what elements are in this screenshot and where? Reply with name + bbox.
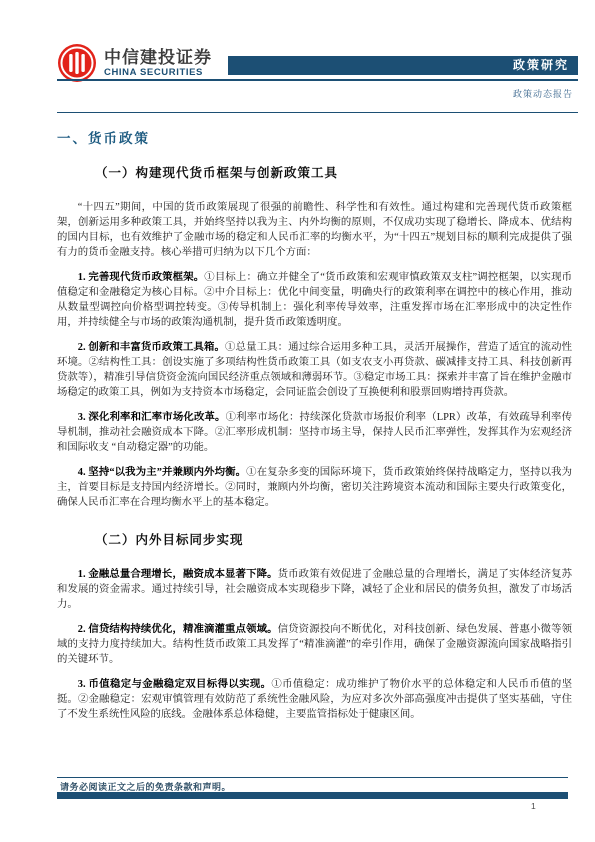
intro-text: “十四五”期间，中国的货币政策展现了很强的前瞻性、科学性和有效性。通过构建和完善… — [57, 202, 572, 258]
section-1-point-4: 4. 坚持“以我为主”并兼顾内外均衡。①在复杂多变的国际环境下，货币政策始终保持… — [57, 465, 572, 510]
point-lead: 3. 深化利率和汇率市场化改革。 — [78, 412, 226, 423]
report-body: 一、货币政策 （一）构建现代货币框架与创新政策工具 “十四五”期间，中国的货币政… — [57, 129, 572, 732]
chapter-title: 一、货币政策 — [57, 129, 572, 148]
point-lead: 3. 币值稳定与金融稳定双目标得以实现。 — [78, 679, 272, 690]
footer-rule — [57, 777, 568, 778]
section-1-point-1: 1. 完善现代货币政策框架。①目标上：确立并健全了“货币政策和宏观审慎政策双支柱… — [57, 270, 572, 330]
report-type-label: 政策动态报告 — [513, 87, 573, 100]
section-2-point-1: 1. 金融总量合理增长，融资成本显著下降。货币政策有效促进了金融总量的合理增长，… — [57, 567, 572, 612]
section-1-point-2: 2. 创新和丰富货币政策工具箱。①总量工具：通过综合运用多种工具，灵活开展操作，… — [57, 340, 572, 400]
company-logo: 中信建投证券 CHINA SECURITIES — [57, 43, 212, 83]
logo-cn-text: 中信建投证券 — [104, 48, 212, 67]
section-2-heading: （二）内外目标同步实现 — [57, 532, 572, 549]
section-2-point-2: 2. 信贷结构持续优化，精准滴灌重点领域。信贷资源投向不断优化，对科技创新、绿色… — [57, 622, 572, 667]
point-lead: 2. 创新和丰富货币政策工具箱。 — [78, 342, 225, 353]
page-number: 1 — [531, 801, 536, 811]
point-lead: 2. 信贷结构持续优化，精准滴灌重点领域。 — [78, 624, 278, 635]
header-rule-top — [57, 79, 578, 81]
point-lead: 1. 金融总量合理增长，融资成本显著下降。 — [78, 569, 278, 580]
point-lead: 1. 完善现代货币政策框架。 — [78, 272, 204, 283]
citic-logo-icon — [57, 43, 97, 83]
section-2-point-3: 3. 币值稳定与金融稳定双目标得以实现。①币值稳定：成功维护了物价水平的总体稳定… — [57, 677, 572, 722]
point-lead: 4. 坚持“以我为主”并兼顾内外均衡。 — [78, 467, 246, 478]
section-1-point-3: 3. 深化利率和汇率市场化改革。①利率市场化：持续深化贷款市场报价利率（LPR）… — [57, 410, 572, 455]
footer-bar — [57, 792, 568, 799]
section-1-intro-paragraph: “十四五”期间，中国的货币政策展现了很强的前瞻性、科学性和有效性。通过构建和完善… — [57, 200, 572, 260]
logo-text: 中信建投证券 CHINA SECURITIES — [104, 48, 212, 78]
header-rule-bottom — [57, 112, 578, 113]
report-page: 中信建投证券 CHINA SECURITIES 政策研究 政策动态报告 一、货币… — [0, 0, 595, 842]
report-category-banner: 政策研究 — [228, 56, 578, 75]
logo-en-text: CHINA SECURITIES — [104, 67, 212, 78]
section-1-heading: （一）构建现代货币框架与创新政策工具 — [57, 165, 572, 182]
